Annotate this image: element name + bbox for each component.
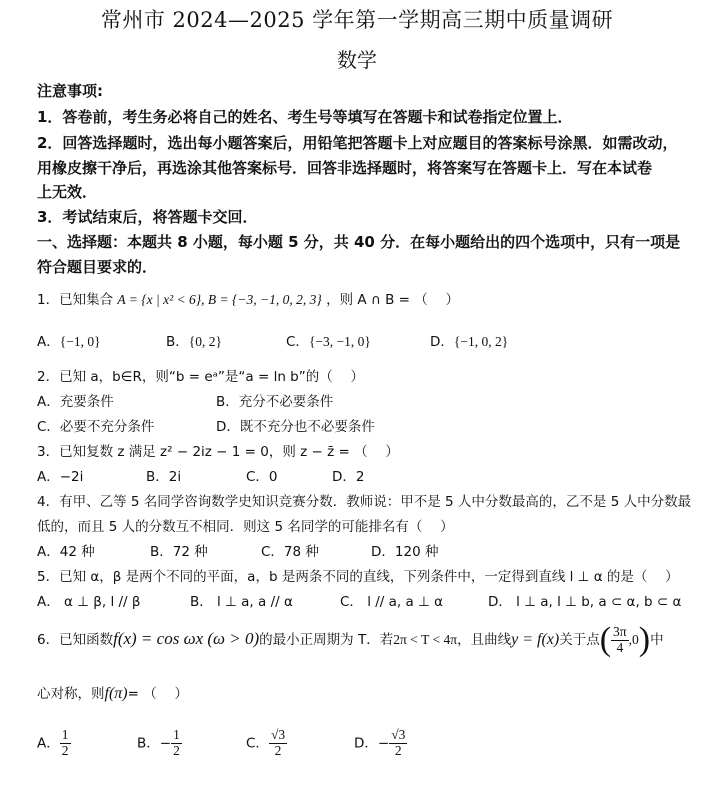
question-4-option-d[interactable]: D．120 种 (371, 540, 438, 560)
question-4-option-a[interactable]: A．42 种 (37, 540, 95, 560)
question-3-option-d[interactable]: D．2 (332, 465, 364, 485)
exam-subject: 数学 (0, 44, 714, 73)
function-expr: f(x) = cos ωx (ω > 0) (113, 629, 259, 648)
question-4-option-b[interactable]: B．72 种 (150, 540, 208, 560)
notice-item-1: 1．答卷前，考生务必将自己的姓名、考生号等填写在答题卡和试卷指定位置上． (37, 106, 572, 127)
question-1-option-c[interactable]: C．{−3, −1, 0} (286, 330, 371, 350)
set-b: , B = {−3, −1, 0, 2, 3} (201, 292, 322, 307)
question-6-stem-cont: 心对称，则f(π)= （ ） (37, 682, 188, 703)
question-2-option-c[interactable]: C．必要不充分条件 (37, 415, 154, 435)
question-2-stem: 2．已知 a，b∈R，则“b = eᵃ”是“a = ln b”的（ ） (37, 365, 364, 385)
question-6-option-c[interactable]: C．√32 (246, 728, 287, 759)
notice-item-2-end: 上无效． (37, 181, 97, 202)
notice-item-2-cont: 用橡皮擦干净后，再选涂其他答案标号．回答非选择题时，将答案写在答题卡上．写在本试… (37, 157, 652, 178)
question-3-option-b[interactable]: B．2i (146, 465, 181, 485)
question-5-stem: 5．已知 α，β 是两个不同的平面，a，b 是两条不同的直线，下列条件中，一定得… (37, 565, 679, 585)
notice-heading: 注意事项: (37, 80, 103, 101)
question-5-option-c[interactable]: C． l // a, a ⊥ α (340, 590, 443, 610)
question-1-option-d[interactable]: D．{−1, 0, 2} (430, 330, 508, 350)
section-heading: 一、选择题：本题共 8 小题，每小题 5 分，共 40 分．在每小题给出的四个选… (37, 231, 680, 252)
question-1-stem: 1．已知集合 A = {x | x² < 6}, B = {−3, −1, 0,… (37, 288, 459, 308)
question-4-stem-cont: 低的，而且 5 人的分数互不相同．则这 5 名同学的可能排名有（ ） (37, 515, 454, 535)
question-6-option-b[interactable]: B．−12 (137, 728, 182, 759)
question-3-option-c[interactable]: C．0 (246, 465, 278, 485)
notice-item-2: 2．回答选择题时，选出每小题答案后，用铅笔把答题卡上对应题目的答案标号涂黑．如需… (37, 132, 677, 153)
question-6-option-a[interactable]: A．12 (37, 728, 71, 759)
set-a: A = {x | x² < 6} (117, 292, 201, 307)
point-fraction: 3π4 (611, 625, 629, 656)
question-2-option-a[interactable]: A．充要条件 (37, 390, 114, 410)
question-2-option-b[interactable]: B．充分不必要条件 (216, 390, 333, 410)
question-1-option-a[interactable]: A．{−1, 0} (37, 330, 101, 350)
question-3-option-a[interactable]: A．−2i (37, 465, 83, 485)
notice-item-3: 3．考试结束后，将答题卡交回． (37, 206, 257, 227)
section-heading-cont: 符合题目要求的． (37, 256, 157, 277)
question-2-option-d[interactable]: D．既不充分也不必要条件 (216, 415, 375, 435)
exam-title: 常州市 2024—2025 学年第一学期高三期中质量调研 (0, 4, 714, 34)
question-5-option-d[interactable]: D． l ⊥ a, l ⊥ b, a ⊂ α, b ⊂ α (488, 590, 681, 610)
question-5-option-a[interactable]: A． α ⊥ β, l // β (37, 590, 141, 610)
question-1-option-b[interactable]: B．{0, 2} (166, 330, 222, 350)
question-4-option-c[interactable]: C．78 种 (261, 540, 319, 560)
question-4-stem: 4．有甲、乙等 5 名同学咨询数学史知识竞赛分数．教师说：甲不是 5 人中分数最… (37, 490, 691, 510)
question-6-stem: 6．已知函数f(x) = cos ωx (ω > 0)的最小正周期为 T．若2π… (37, 624, 664, 655)
question-5-option-b[interactable]: B． l ⊥ a, a // α (190, 590, 293, 610)
question-3-stem: 3．已知复数 z 满足 z² − 2iz − 1 = 0，则 z − z̄ = … (37, 440, 399, 460)
question-6-option-d[interactable]: D．−√32 (354, 728, 407, 759)
